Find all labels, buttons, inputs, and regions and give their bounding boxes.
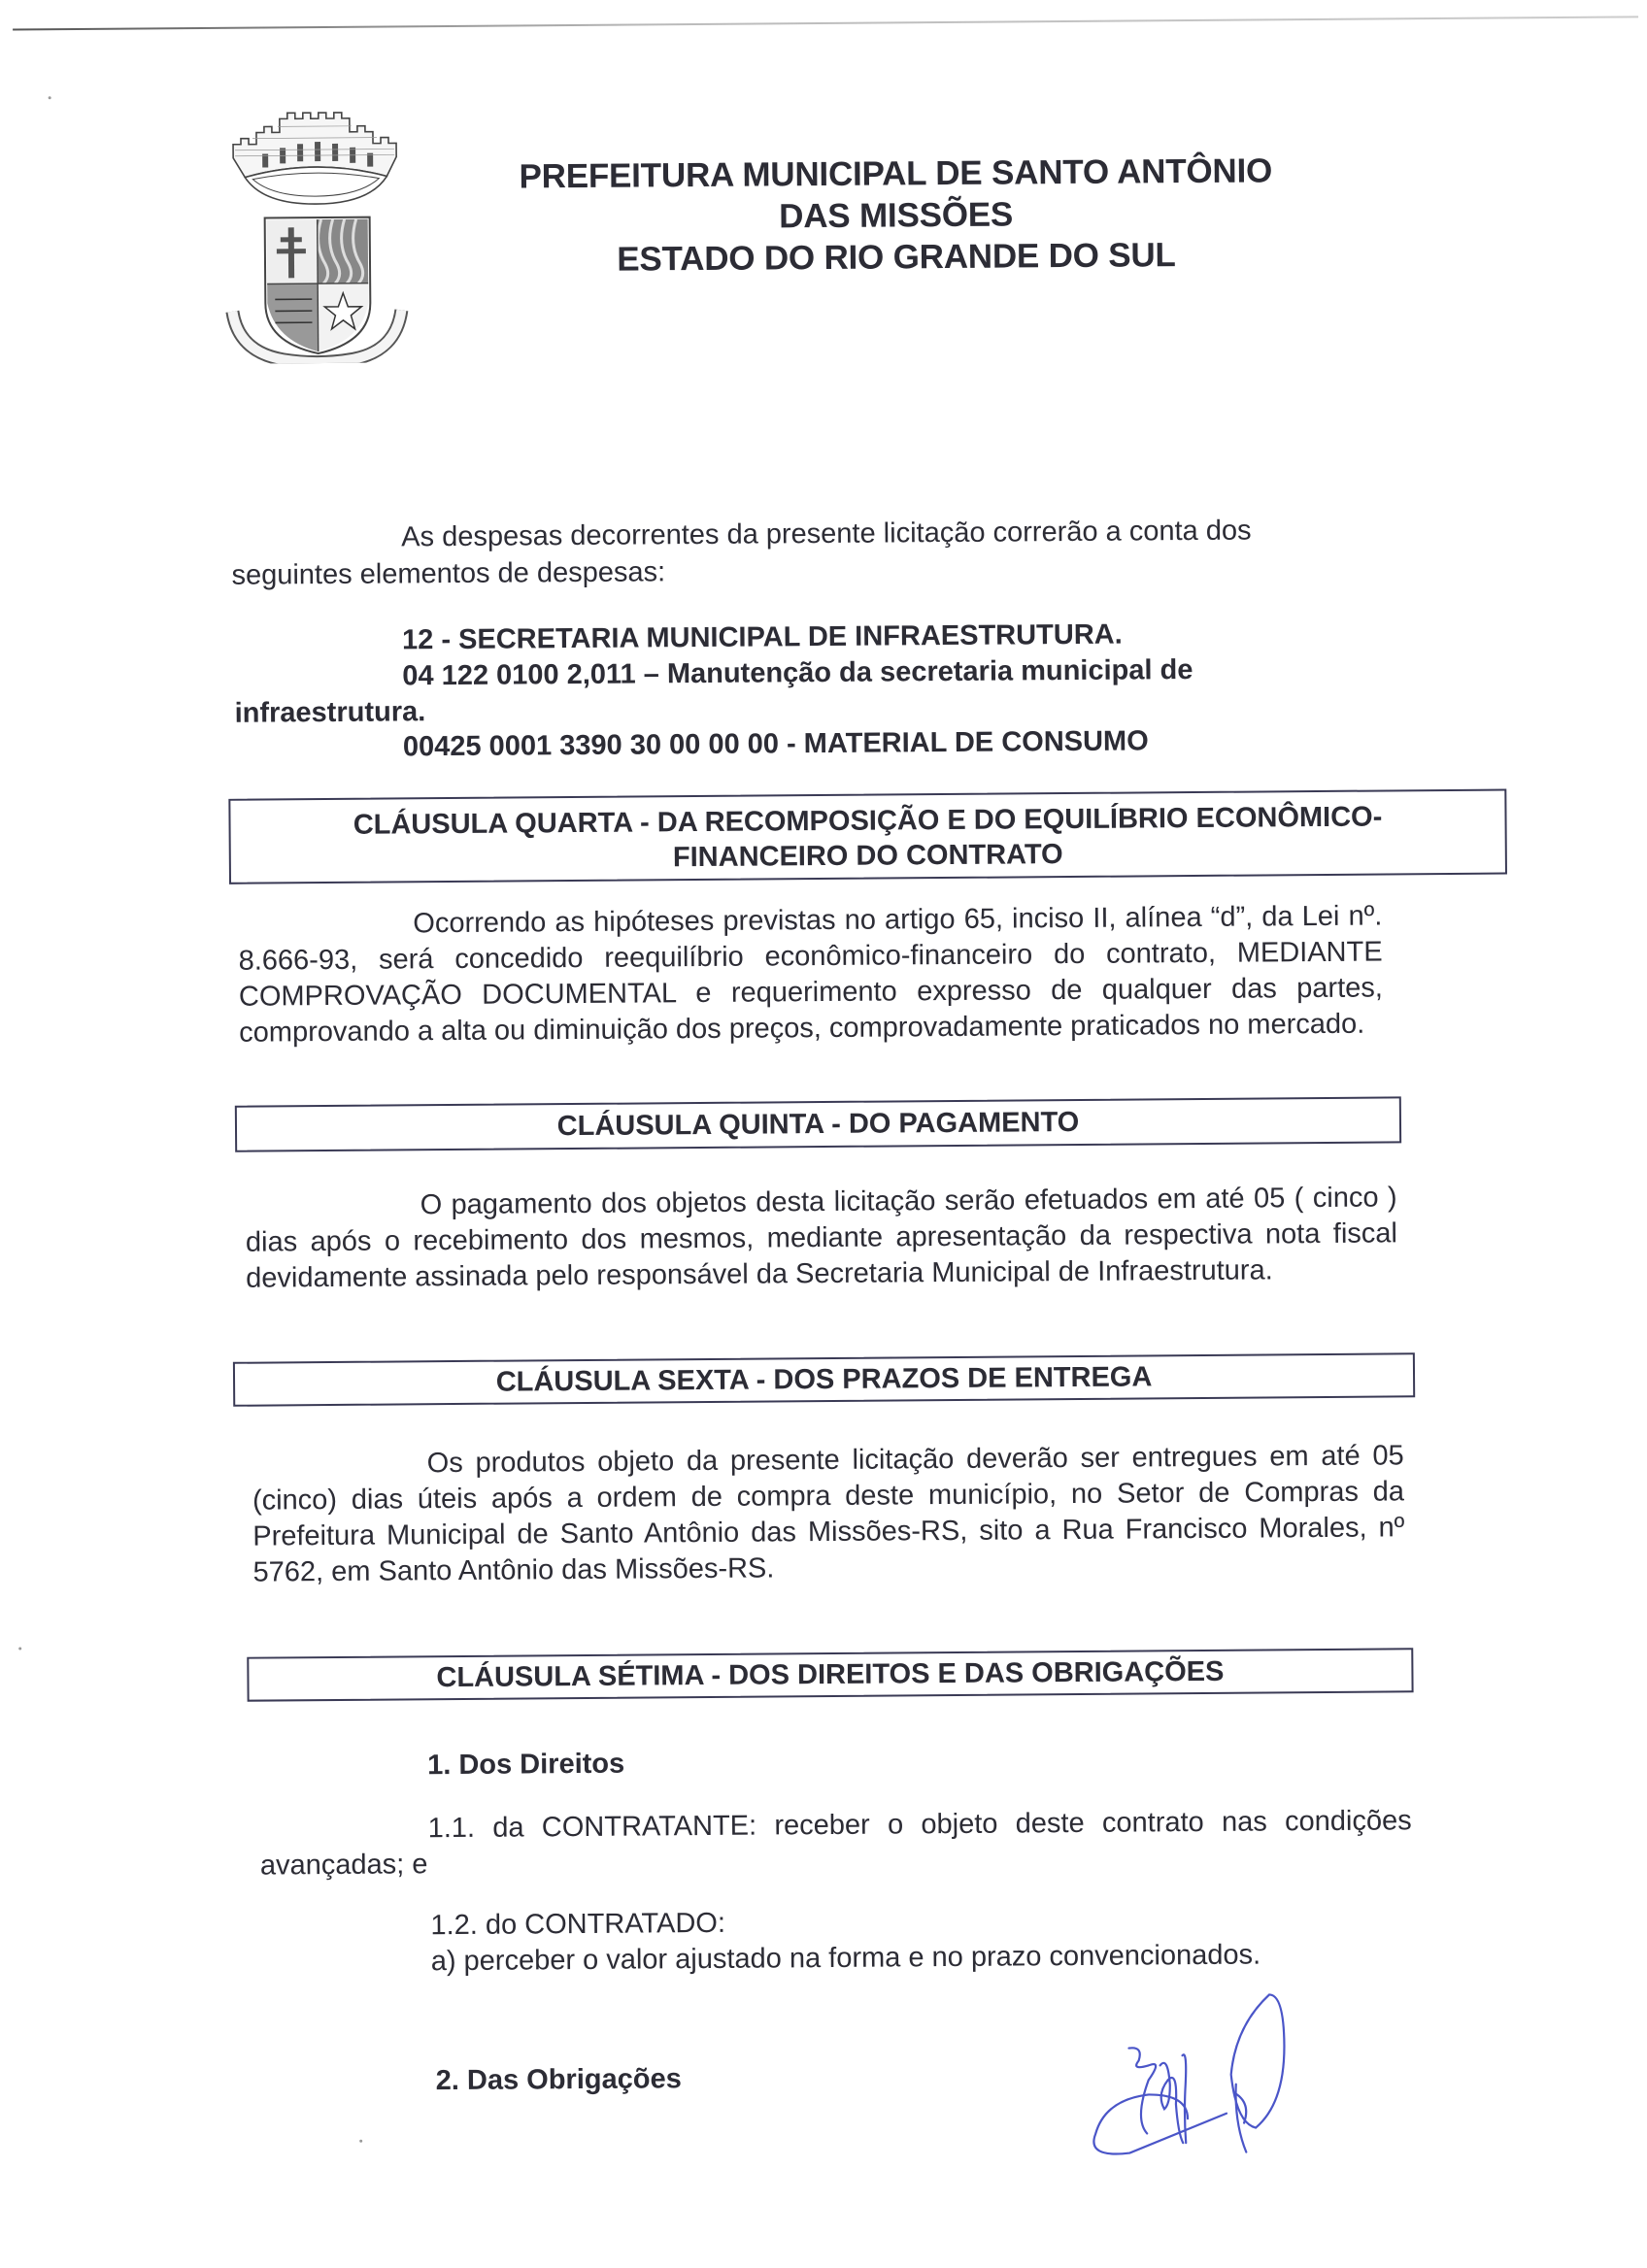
clausula-sexta-text: Os produtos objeto da presente licitação… (252, 1438, 1405, 1590)
scan-top-edge (13, 16, 1638, 30)
obrigacoes-heading: 2. Das Obrigações (436, 2061, 682, 2099)
document-page: PREFEITURA MUNICIPAL DE SANTO ANTÔNIO DA… (0, 0, 1647, 2268)
clausula-quinta-text: O pagamento dos objetos desta licitação … (245, 1180, 1397, 1296)
clausula-quarta-heading: CLÁUSULA QUARTA - DA RECOMPOSIÇÃO E DO E… (228, 788, 1507, 884)
scan-speck (359, 2140, 362, 2143)
clausula-sexta-title: CLÁUSULA SEXTA - DOS PRAZOS DE ENTREGA (235, 1357, 1413, 1402)
despesa-item-manutencao: 04 122 0100 2,011 – Manutenção da secret… (402, 652, 1193, 694)
scan-speck (18, 1648, 21, 1651)
direitos-contratado-heading: 1.2. do CONTRATADO: (430, 1906, 725, 1944)
direitos-heading: 1. Dos Direitos (427, 1747, 624, 1784)
clausula-quarta-text: Ocorrendo as hipóteses previstas no arti… (238, 898, 1383, 1051)
handwritten-signature-icon (1090, 1986, 1314, 2163)
direitos-contratado-a: a) perceber o valor ajustado na forma e … (431, 1938, 1261, 1981)
clausula-sexta-heading: CLÁUSULA SEXTA - DOS PRAZOS DE ENTREGA (233, 1352, 1415, 1407)
letterhead-line-3: ESTADO DO RIO GRANDE DO SUL (459, 233, 1333, 282)
clausula-quinta-title: CLÁUSULA QUINTA - DO PAGAMENTO (237, 1102, 1399, 1146)
despesa-item-material: 00425 0001 3390 30 00 00 00 - MATERIAL D… (403, 723, 1149, 765)
direitos-contratante: 1.1. da CONTRATANTE: receber o objeto de… (260, 1803, 1413, 1884)
clausula-setima-heading: CLÁUSULA SÉTIMA - DOS DIREITOS E DAS OBR… (247, 1648, 1413, 1701)
despesa-item-secretaria: 12 - SECRETARIA MUNICIPAL DE INFRAESTRUT… (402, 617, 1123, 659)
despesa-item-manutencao-cont: infraestrutura. (235, 694, 426, 732)
municipal-coat-of-arms-icon (223, 108, 410, 363)
clausula-setima-title: CLÁUSULA SÉTIMA - DOS DIREITOS E DAS OBR… (249, 1652, 1411, 1696)
letterhead-title: PREFEITURA MUNICIPAL DE SANTO ANTÔNIO DA… (458, 150, 1333, 282)
scan-speck (49, 96, 51, 99)
despesas-intro-line-1: As despesas decorrentes da presente lici… (401, 514, 1252, 556)
letterhead-line-1: PREFEITURA MUNICIPAL DE SANTO ANTÔNIO (458, 150, 1332, 198)
despesas-intro-line-2: seguintes elementos de despesas: (231, 554, 665, 594)
clausula-quinta-heading: CLÁUSULA QUINTA - DO PAGAMENTO (235, 1096, 1401, 1151)
letterhead-line-2: DAS MISSÕES (458, 191, 1332, 240)
